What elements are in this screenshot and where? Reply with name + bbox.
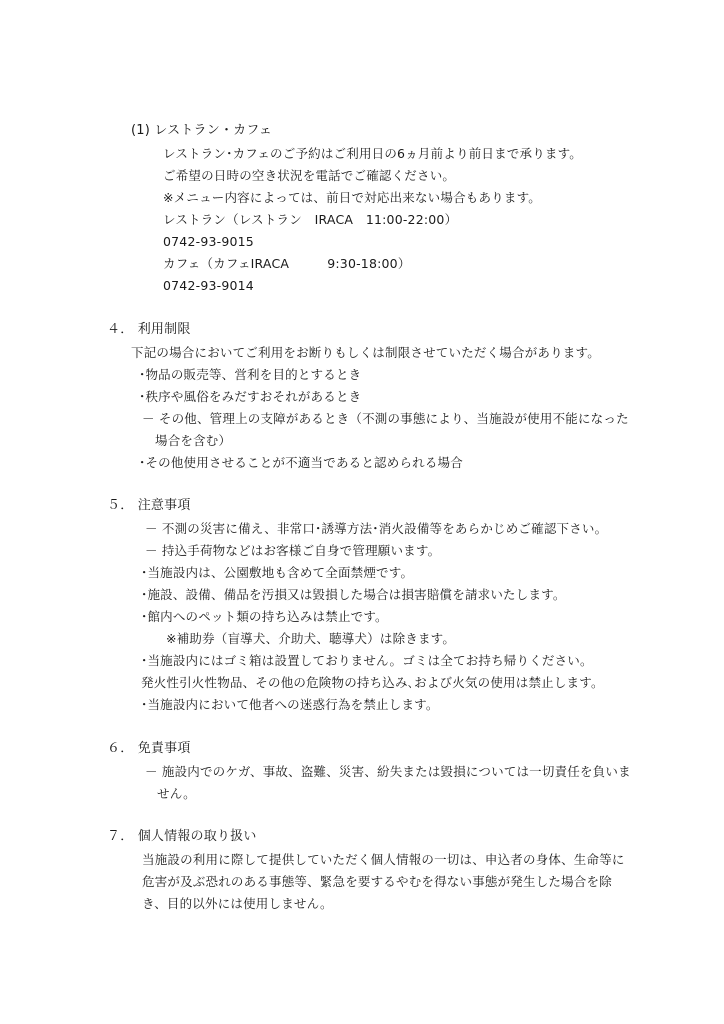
section-title-disclaimer: ６． 免責事項 — [107, 741, 191, 757]
list-item: 発火性引火性物品、その他の危険物の持ち込み､および火気の使用は禁止します。 — [141, 675, 604, 691]
list-item-continuation: 場合を含む） — [155, 433, 231, 449]
section-title-usage-restrictions: ４． 利用制限 — [107, 322, 191, 338]
cafe-hours: カフェ（カフェIRACA 9:30-18:00） — [163, 256, 411, 272]
list-item: － 持込手荷物などはお客様ご自身で管理願います。 — [145, 543, 440, 559]
paragraph-line: き、目的以外には使用しません。 — [142, 896, 333, 912]
section-intro: 下記の場合においてご利用をお断りもしくは制限させていただく場合があります。 — [131, 345, 600, 361]
subsection-title: (1) レストラン・カフェ — [131, 123, 272, 139]
list-item: ･当施設内において他者への迷惑行為を禁止します。 — [141, 697, 439, 713]
menu-note: ※メニュー内容によっては、前日で対応出来ない場合もあります。 — [163, 190, 541, 206]
section-title-privacy: ７． 個人情報の取り扱い — [107, 829, 257, 845]
list-item: － 施設内でのケガ、事故、盗難、災害、紛失または毀損については一切責任を負いま — [145, 764, 631, 780]
section-title-notes: ５． 注意事項 — [107, 498, 191, 514]
cafe-phone: 0742-93-9014 — [163, 278, 254, 294]
list-item: ･秩序や風俗をみだすおそれがあるとき — [139, 389, 361, 405]
list-item: ･物品の販売等、営利を目的とするとき — [139, 367, 361, 383]
restaurant-phone: 0742-93-9015 — [163, 234, 254, 250]
list-item: ･その他使用させることが不適当であると認められる場合 — [139, 455, 463, 471]
list-item: ･館内へのペット類の持ち込みは禁止です。 — [141, 609, 388, 625]
list-item: ･当施設内は、公園敷地も含めて全面禁煙です。 — [141, 565, 413, 581]
list-item-note: ※補助券（盲導犬、介助犬、聴導犬）は除きます。 — [166, 631, 455, 647]
list-item: － その他、管理上の支障があるとき（不測の事態により、当施設が使用不能になった — [142, 411, 629, 427]
restaurant-hours: レストラン（レストラン IRACA 11:00-22:00） — [163, 212, 457, 228]
list-item: ･当施設内にはゴミ箱は設置しておりません。ゴミは全てお持ち帰りください。 — [141, 653, 593, 669]
list-item-continuation: せん。 — [157, 786, 196, 802]
paragraph-line: 当施設の利用に際して提供していただく個人情報の一切は、申込者の身体、生命等に — [142, 852, 625, 868]
list-item: ･施設、設備、備品を汚損又は毀損した場合は損害賠償を請求いたします。 — [141, 587, 566, 603]
availability-text: ご希望の日時の空き状況を電話でご確認ください。 — [163, 168, 455, 184]
paragraph-line: 危害が及ぶ恐れのある事態等、緊急を要するやむを得ない事態が発生した場合を除 — [142, 874, 612, 890]
reservation-text: レストラン･カフェのご予約はご利用日の6ヵ月前より前日まで承ります。 — [163, 146, 582, 162]
list-item: － 不測の災害に備え、非常口･誘導方法･消火設備等をあらかじめご確認下さい。 — [145, 521, 607, 537]
